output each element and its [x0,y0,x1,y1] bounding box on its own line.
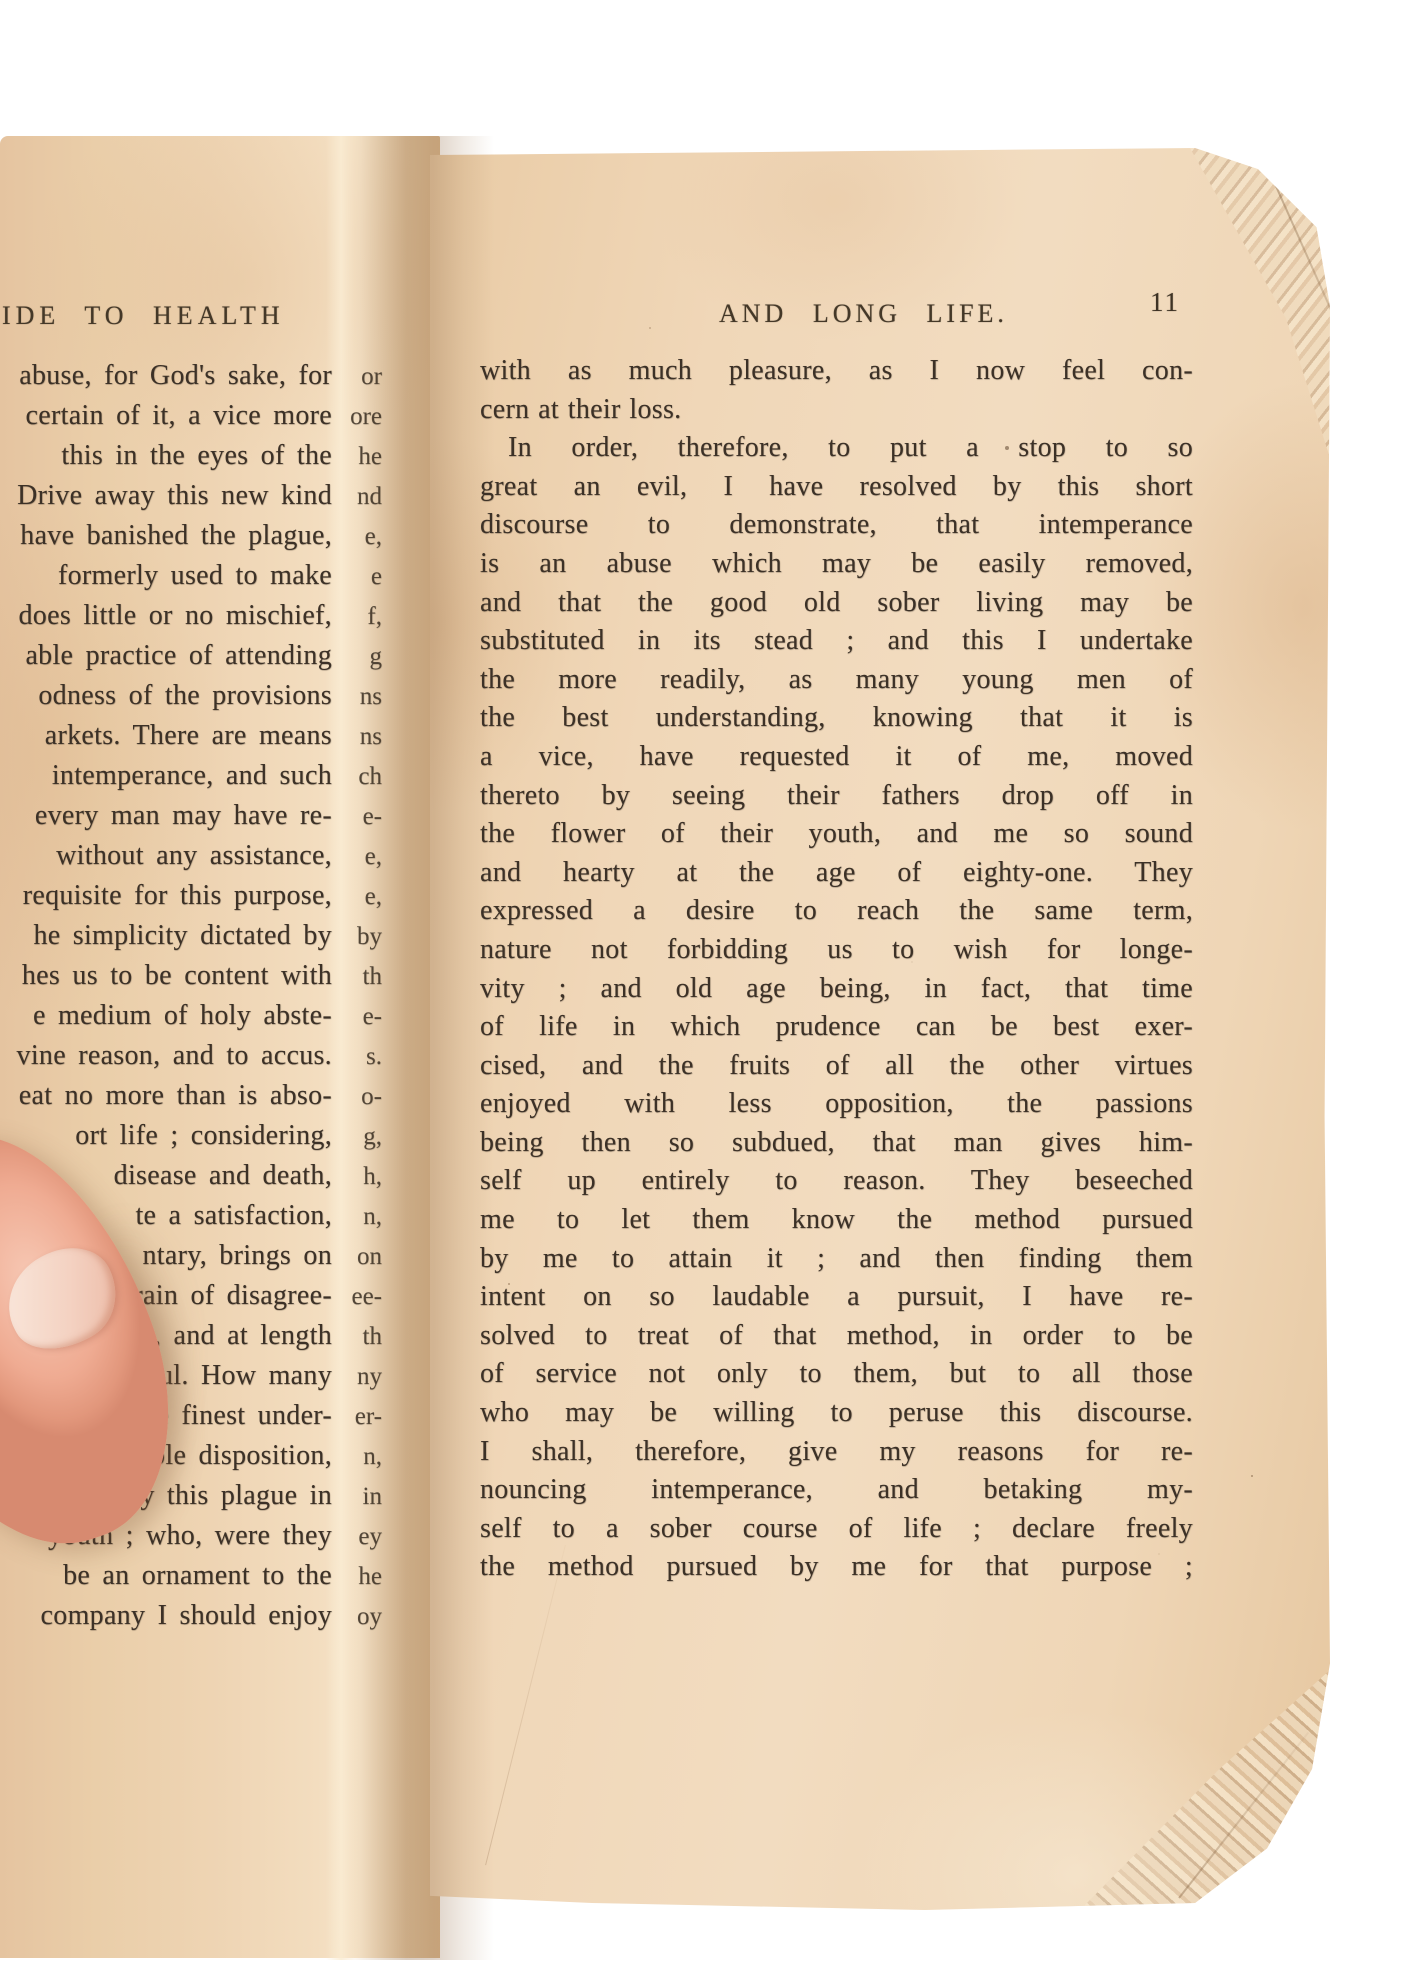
text-line: vity ; and old age being, in fact, that … [480,970,1193,1009]
fragment-line: er- [355,1397,382,1437]
text-line: ort life ; considering, [75,1116,332,1156]
fragment-line: ns [360,677,382,717]
fragment-line: on [357,1237,382,1277]
text-line: Drive away this new kind [17,476,332,516]
text-line: and hearty at the age of eighty-one. The… [480,854,1193,893]
fragment-line: by [357,917,382,957]
fragment-line: he [358,437,382,477]
fragment-line: or [361,357,382,397]
text-line: I shall, therefore, give my reasons for … [480,1433,1193,1472]
fragment-line: oy [357,1597,382,1637]
text-line: and that the good old sober living may b… [480,584,1193,623]
text-line: thereto by seeing their fathers drop off… [480,777,1193,816]
fragment-line: g [370,637,383,677]
text-line: great an evil, I have resolved by this s… [480,468,1193,507]
text-line: able practice of attending [25,636,332,676]
text-line: every man may have re- [35,796,332,836]
text-line: a vice, have requested it of me, moved [480,738,1193,777]
fragment-line: o- [361,1077,382,1117]
text-line: arkets. There are means [45,716,332,756]
running-header-right: AND LONG LIFE. [719,299,1008,329]
text-line: this in the eyes of the [61,436,332,476]
fragment-line: n, [363,1437,382,1477]
fragment-line: th [363,1317,382,1357]
crumpled-corner-bottom-right [1080,1670,1330,1910]
text-line: self to a sober course of life ; declare… [480,1510,1193,1549]
text-line: intent on so laudable a pursuit, I have … [480,1278,1193,1317]
fragment-line: e, [365,877,382,917]
fragment-line: ny [357,1357,382,1397]
text-line: the more readily, as many young men of [480,661,1193,700]
fragment-line: e [371,557,382,597]
text-line: e medium of holy abste- [33,996,332,1036]
fragment-line: f, [367,597,382,637]
book-photo: IDE TO HEALTH AND LONG LIFE. 11 abuse, f… [0,0,1420,1988]
text-line: have banished the plague, [20,516,332,556]
text-line: me to let them know the method pursued [480,1201,1193,1240]
text-line: expressed a desire to reach the same ter… [480,892,1193,931]
text-line: cern at their loss. [480,391,1193,430]
text-line: vine reason, and to accus. [17,1036,332,1076]
text-line: with as much pleasure, as I now feel con… [480,352,1193,391]
fragment-line: in [363,1477,382,1517]
text-line: odness of the provisions [38,676,332,716]
text-line: the flower of their youth, and me so sou… [480,815,1193,854]
fragment-line: ee- [351,1277,382,1317]
page-crease [485,1545,566,1865]
fragment-line: ey [358,1517,382,1557]
fragment-line: e- [363,997,382,1037]
fragment-line: g, [363,1117,382,1157]
text-line: requisite for this purpose, [23,876,332,916]
text-line: without any assistance, [56,836,332,876]
text-line: In order, therefore, to put a stop to so [480,429,1193,468]
text-line: nature not forbidding us to wish for lon… [480,931,1193,970]
text-line: being then so subdued, that man gives hi… [480,1124,1193,1163]
fragment-line: nd [357,477,382,517]
text-line: solved to treat of that method, in order… [480,1317,1193,1356]
text-line: hes us to be content with [22,956,332,996]
text-line: certain of it, a vice more [26,396,332,436]
text-line: be an ornament to the [63,1556,332,1596]
page-number: 11 [1150,287,1180,318]
text-line: self up entirely to reason. They beseech… [480,1162,1193,1201]
fragment-line: e, [365,837,382,877]
fragment-line: ns [360,717,382,757]
text-line: eat no more than is abso- [19,1076,332,1116]
right-page-text: with as much pleasure, as I now feel con… [480,352,1193,1587]
text-line: abuse, for God's sake, for [19,356,332,396]
text-line: nouncing intemperance, and betaking my- [480,1471,1193,1510]
text-line: the best understanding, knowing that it … [480,699,1193,738]
text-line: intemperance, and such [52,756,332,796]
text-line: of life in which prudence can be best ex… [480,1008,1193,1047]
text-line: does little or no mischief, [19,596,333,636]
fragment-line: ore [350,397,382,437]
fragment-line: h, [363,1157,382,1197]
text-line: company I should enjoy [41,1596,332,1636]
fragment-line: e, [365,517,382,557]
text-line: formerly used to make [58,556,332,596]
paper-specks [1005,446,1009,450]
text-line: is an abuse which may be easily removed, [480,545,1193,584]
fragment-line: ch [358,757,382,797]
fragment-line: e- [363,797,382,837]
fragment-line: th [363,957,382,997]
text-line: he simplicity dictated by [33,916,332,956]
fragment-line: he [358,1557,382,1597]
text-line: the method pursued by me for that purpos… [480,1548,1193,1587]
text-line: enjoyed with less opposition, the passio… [480,1085,1193,1124]
fragment-line: n, [363,1197,382,1237]
text-line: cised, and the fruits of all the other v… [480,1047,1193,1086]
running-header-left: IDE TO HEALTH [2,301,285,331]
text-line: substituted in its stead ; and this I un… [480,622,1193,661]
text-line: discourse to demonstrate, that intempera… [480,506,1193,545]
text-line: who may be willing to peruse this discou… [480,1394,1193,1433]
text-line: of service not only to them, but to all … [480,1355,1193,1394]
fragment-line: s. [366,1037,382,1077]
text-line: by me to attain it ; and then finding th… [480,1240,1193,1279]
